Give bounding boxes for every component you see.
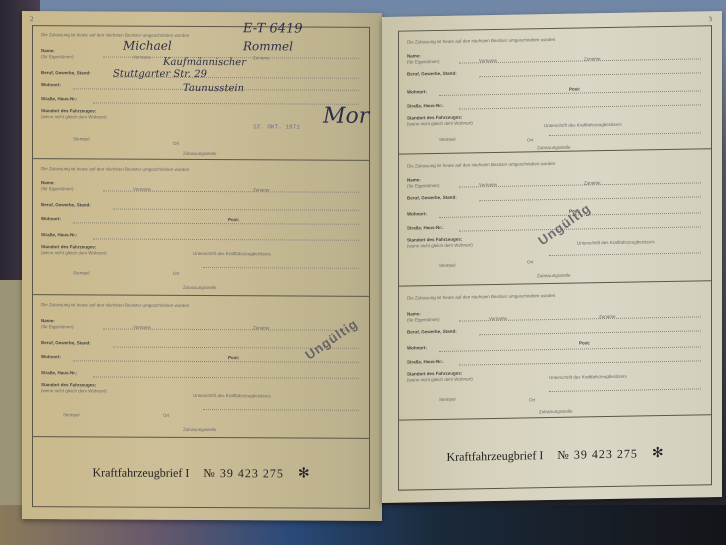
- authority-label: Zulassungsstelle: [183, 151, 217, 156]
- occupation-line: [479, 72, 701, 77]
- stamp-label: Stempel: [63, 412, 80, 417]
- date-line: [203, 267, 359, 269]
- signature-label: Unterschrift des Kraftfahrzeugbesitzers: [193, 393, 271, 398]
- date-stamp: 12. OKT. 1971: [253, 123, 300, 130]
- residence-label: Wohnort:: [407, 89, 427, 94]
- street-line: [93, 102, 359, 104]
- signature-label: Unterschrift des Kraftfahrzeugbesitzers: [577, 239, 655, 245]
- transfer-section-1: Die Zulassung ist heute auf den nächsten…: [399, 26, 711, 154]
- residence-label: Wohnort:: [407, 345, 427, 350]
- occupation-line: [479, 330, 701, 335]
- residence-line: [73, 222, 359, 224]
- post-label: Post:: [228, 355, 239, 360]
- post-label: Post:: [228, 217, 239, 222]
- document-title: Kraftfahrzeugbrief I: [92, 465, 189, 481]
- street-line: [459, 360, 701, 365]
- location-label: Standort des Fahrzeuges:: [41, 244, 96, 249]
- place-label: Ort: [527, 259, 533, 264]
- transfer-section-3: Die Zulassung ist heute auf den nächsten…: [33, 294, 369, 439]
- transfer-section-2: Die Zulassung ist heute auf den nächsten…: [33, 158, 369, 297]
- name-label: Name:: [41, 180, 55, 185]
- star-mark-icon: ✻: [652, 445, 664, 462]
- star-mark-icon: ✻: [298, 465, 310, 482]
- stamp-label: Stempel: [73, 270, 90, 275]
- residence-label: Wohnort:: [41, 82, 61, 87]
- residence-line: [73, 360, 359, 362]
- place-label: Ort: [529, 397, 535, 402]
- left-page: 2 Die Zulassung ist heute auf den nächst…: [22, 11, 382, 521]
- date-line: [549, 252, 701, 256]
- section-intro: Die Zulassung ist heute auf den nächsten…: [41, 166, 189, 172]
- transfer-section-2: Die Zulassung ist heute auf den nächsten…: [399, 148, 711, 286]
- section-intro: Die Zulassung ist heute auf den nächsten…: [407, 37, 555, 45]
- location-label: Standort des Fahrzeuges:: [407, 237, 462, 243]
- handwritten-given-name: Michael: [123, 39, 172, 53]
- handwritten-street: Stuttgarter Str. 29: [113, 69, 207, 80]
- place-label: Ort: [173, 271, 179, 276]
- occupation-line: [479, 196, 701, 201]
- street-label: Straße, Haus-Nr.:: [41, 96, 78, 101]
- street-line: [93, 238, 359, 240]
- document-number: 39 423 275: [220, 466, 284, 480]
- signature-label: Unterschrift des Kraftfahrzeugbesitzers: [544, 122, 622, 128]
- name-label: Name:: [407, 177, 421, 182]
- handwritten-occupation: Kaufmännischer: [163, 57, 246, 68]
- authority-label: Zulassungsstelle: [537, 145, 571, 151]
- number-sign: №: [557, 447, 569, 461]
- name-line: [103, 328, 359, 330]
- street-label: Straße, Haus-Nr.:: [41, 370, 78, 375]
- document-number: 39 423 275: [574, 446, 638, 461]
- document-footer: Kraftfahrzeugbrief I № 39 423 275 ✻: [399, 432, 711, 477]
- authority-label: Zulassungsstelle: [537, 273, 571, 279]
- form-frame: Die Zulassung ist heute auf den nächsten…: [398, 25, 712, 490]
- invalid-stamp: Ungültig: [302, 316, 360, 363]
- section-intro: Die Zulassung ist heute auf den nächsten…: [41, 302, 189, 308]
- post-label: Post:: [579, 340, 590, 345]
- page-number: 3: [709, 15, 713, 23]
- stamp-label: Stempel: [73, 136, 90, 141]
- name-sub-label: (für Eigentümer): [41, 324, 74, 329]
- residence-label: Wohnort:: [41, 216, 61, 221]
- transfer-section-3: Die Zulassung ist heute auf den nächsten…: [399, 280, 711, 420]
- handwritten-reference: E-T 6419: [243, 21, 303, 36]
- date-line: [549, 132, 701, 136]
- occupation-line: [113, 209, 359, 211]
- residence-label: Wohnort:: [407, 211, 427, 216]
- location-sub-label: (wenn nicht gleich dem Wohnort): [41, 114, 107, 119]
- transfer-section-1: Die Zulassung ist heute auf den nächsten…: [33, 26, 369, 161]
- authority-label: Zulassungsstelle: [183, 427, 217, 432]
- name-label: Name:: [41, 48, 55, 53]
- street-label: Straße, Haus-Nr.:: [41, 232, 78, 237]
- location-label: Standort des Fahrzeuges:: [41, 108, 96, 113]
- location-label: Standort des Fahrzeuges:: [407, 371, 462, 377]
- street-line: [459, 226, 701, 231]
- name-sub-label: (für Eigentümer): [41, 54, 74, 59]
- name-sub-label: (für Eigentümer): [407, 317, 440, 323]
- right-page: 3 Die Zulassung ist heute auf den nächst…: [382, 11, 722, 503]
- location-sub-label: (wenn nicht gleich dem Wohnort): [407, 120, 473, 126]
- stamp-label: Stempel: [439, 263, 456, 268]
- stamp-label: Stempel: [439, 397, 456, 402]
- name-label: Name:: [407, 311, 421, 316]
- post-label: Post:: [569, 87, 580, 92]
- stamp-label: Stempel: [439, 137, 456, 142]
- location-sub-label: (wenn nicht gleich dem Wohnort): [407, 376, 473, 382]
- occupation-label: Beruf, Gewerbe, Stand:: [407, 329, 457, 335]
- occupation-label: Beruf, Gewerbe, Stand:: [41, 202, 91, 207]
- date-line: [549, 388, 701, 392]
- occupation-label: Beruf, Gewerbe, Stand:: [407, 195, 457, 201]
- number-sign: №: [203, 466, 215, 480]
- street-label: Straße, Haus-Nr.:: [407, 103, 444, 109]
- name-sub-label: (für Eigentümer): [407, 59, 440, 65]
- official-signature: Mor: [323, 104, 369, 129]
- section-intro: Die Zulassung ist heute auf den nächsten…: [407, 161, 555, 169]
- date-line: [203, 409, 359, 411]
- name-sub-label: (für Eigentümer): [41, 186, 74, 191]
- signature-label: Unterschrift des Kraftfahrzeugbesitzers: [549, 374, 627, 380]
- location-sub-label: (wenn nicht gleich dem Wohnort): [41, 250, 107, 255]
- handwritten-residence: Taunusstein: [183, 83, 244, 94]
- name-label: Name:: [41, 318, 55, 323]
- residence-line: [439, 346, 701, 352]
- page-number: 2: [30, 15, 34, 23]
- place-label: Ort: [527, 137, 533, 142]
- street-line: [93, 376, 359, 378]
- form-frame: Die Zulassung ist heute auf den nächsten…: [32, 25, 370, 509]
- location-label: Standort des Fahrzeuges:: [407, 115, 462, 121]
- section-intro: Die Zulassung ist heute auf den nächsten…: [407, 293, 555, 301]
- place-label: Ort: [163, 413, 169, 418]
- street-line: [459, 104, 701, 109]
- name-sub-label: (für Eigentümer): [407, 183, 440, 189]
- authority-label: Zulassungsstelle: [183, 285, 217, 290]
- handwritten-surname: Rommel: [243, 39, 293, 53]
- location-sub-label: (wenn nicht gleich dem Wohnort): [41, 388, 107, 393]
- name-line: [103, 190, 359, 192]
- occupation-label: Beruf, Gewerbe, Stand:: [407, 71, 457, 77]
- document-title: Kraftfahrzeugbrief I: [446, 448, 543, 465]
- location-label: Standort des Fahrzeuges:: [41, 382, 96, 387]
- document-footer: Kraftfahrzeugbrief I № 39 423 275 ✻: [33, 454, 369, 492]
- street-label: Straße, Haus-Nr.:: [407, 225, 444, 231]
- name-label: Name:: [407, 53, 421, 58]
- occupation-label: Beruf, Gewerbe, Stand:: [41, 70, 91, 75]
- section-intro: Die Zulassung ist heute auf den nächsten…: [41, 32, 189, 38]
- signature-label: Unterschrift des Kraftfahrzeugbesitzers: [193, 251, 271, 256]
- authority-label: Zulassungsstelle: [539, 409, 573, 415]
- place-label: Ort: [173, 141, 179, 146]
- street-label: Straße, Haus-Nr.:: [407, 359, 444, 365]
- residence-label: Wohnort:: [41, 354, 61, 359]
- location-sub-label: (wenn nicht gleich dem Wohnort): [407, 242, 473, 248]
- occupation-label: Beruf, Gewerbe, Stand:: [41, 340, 91, 345]
